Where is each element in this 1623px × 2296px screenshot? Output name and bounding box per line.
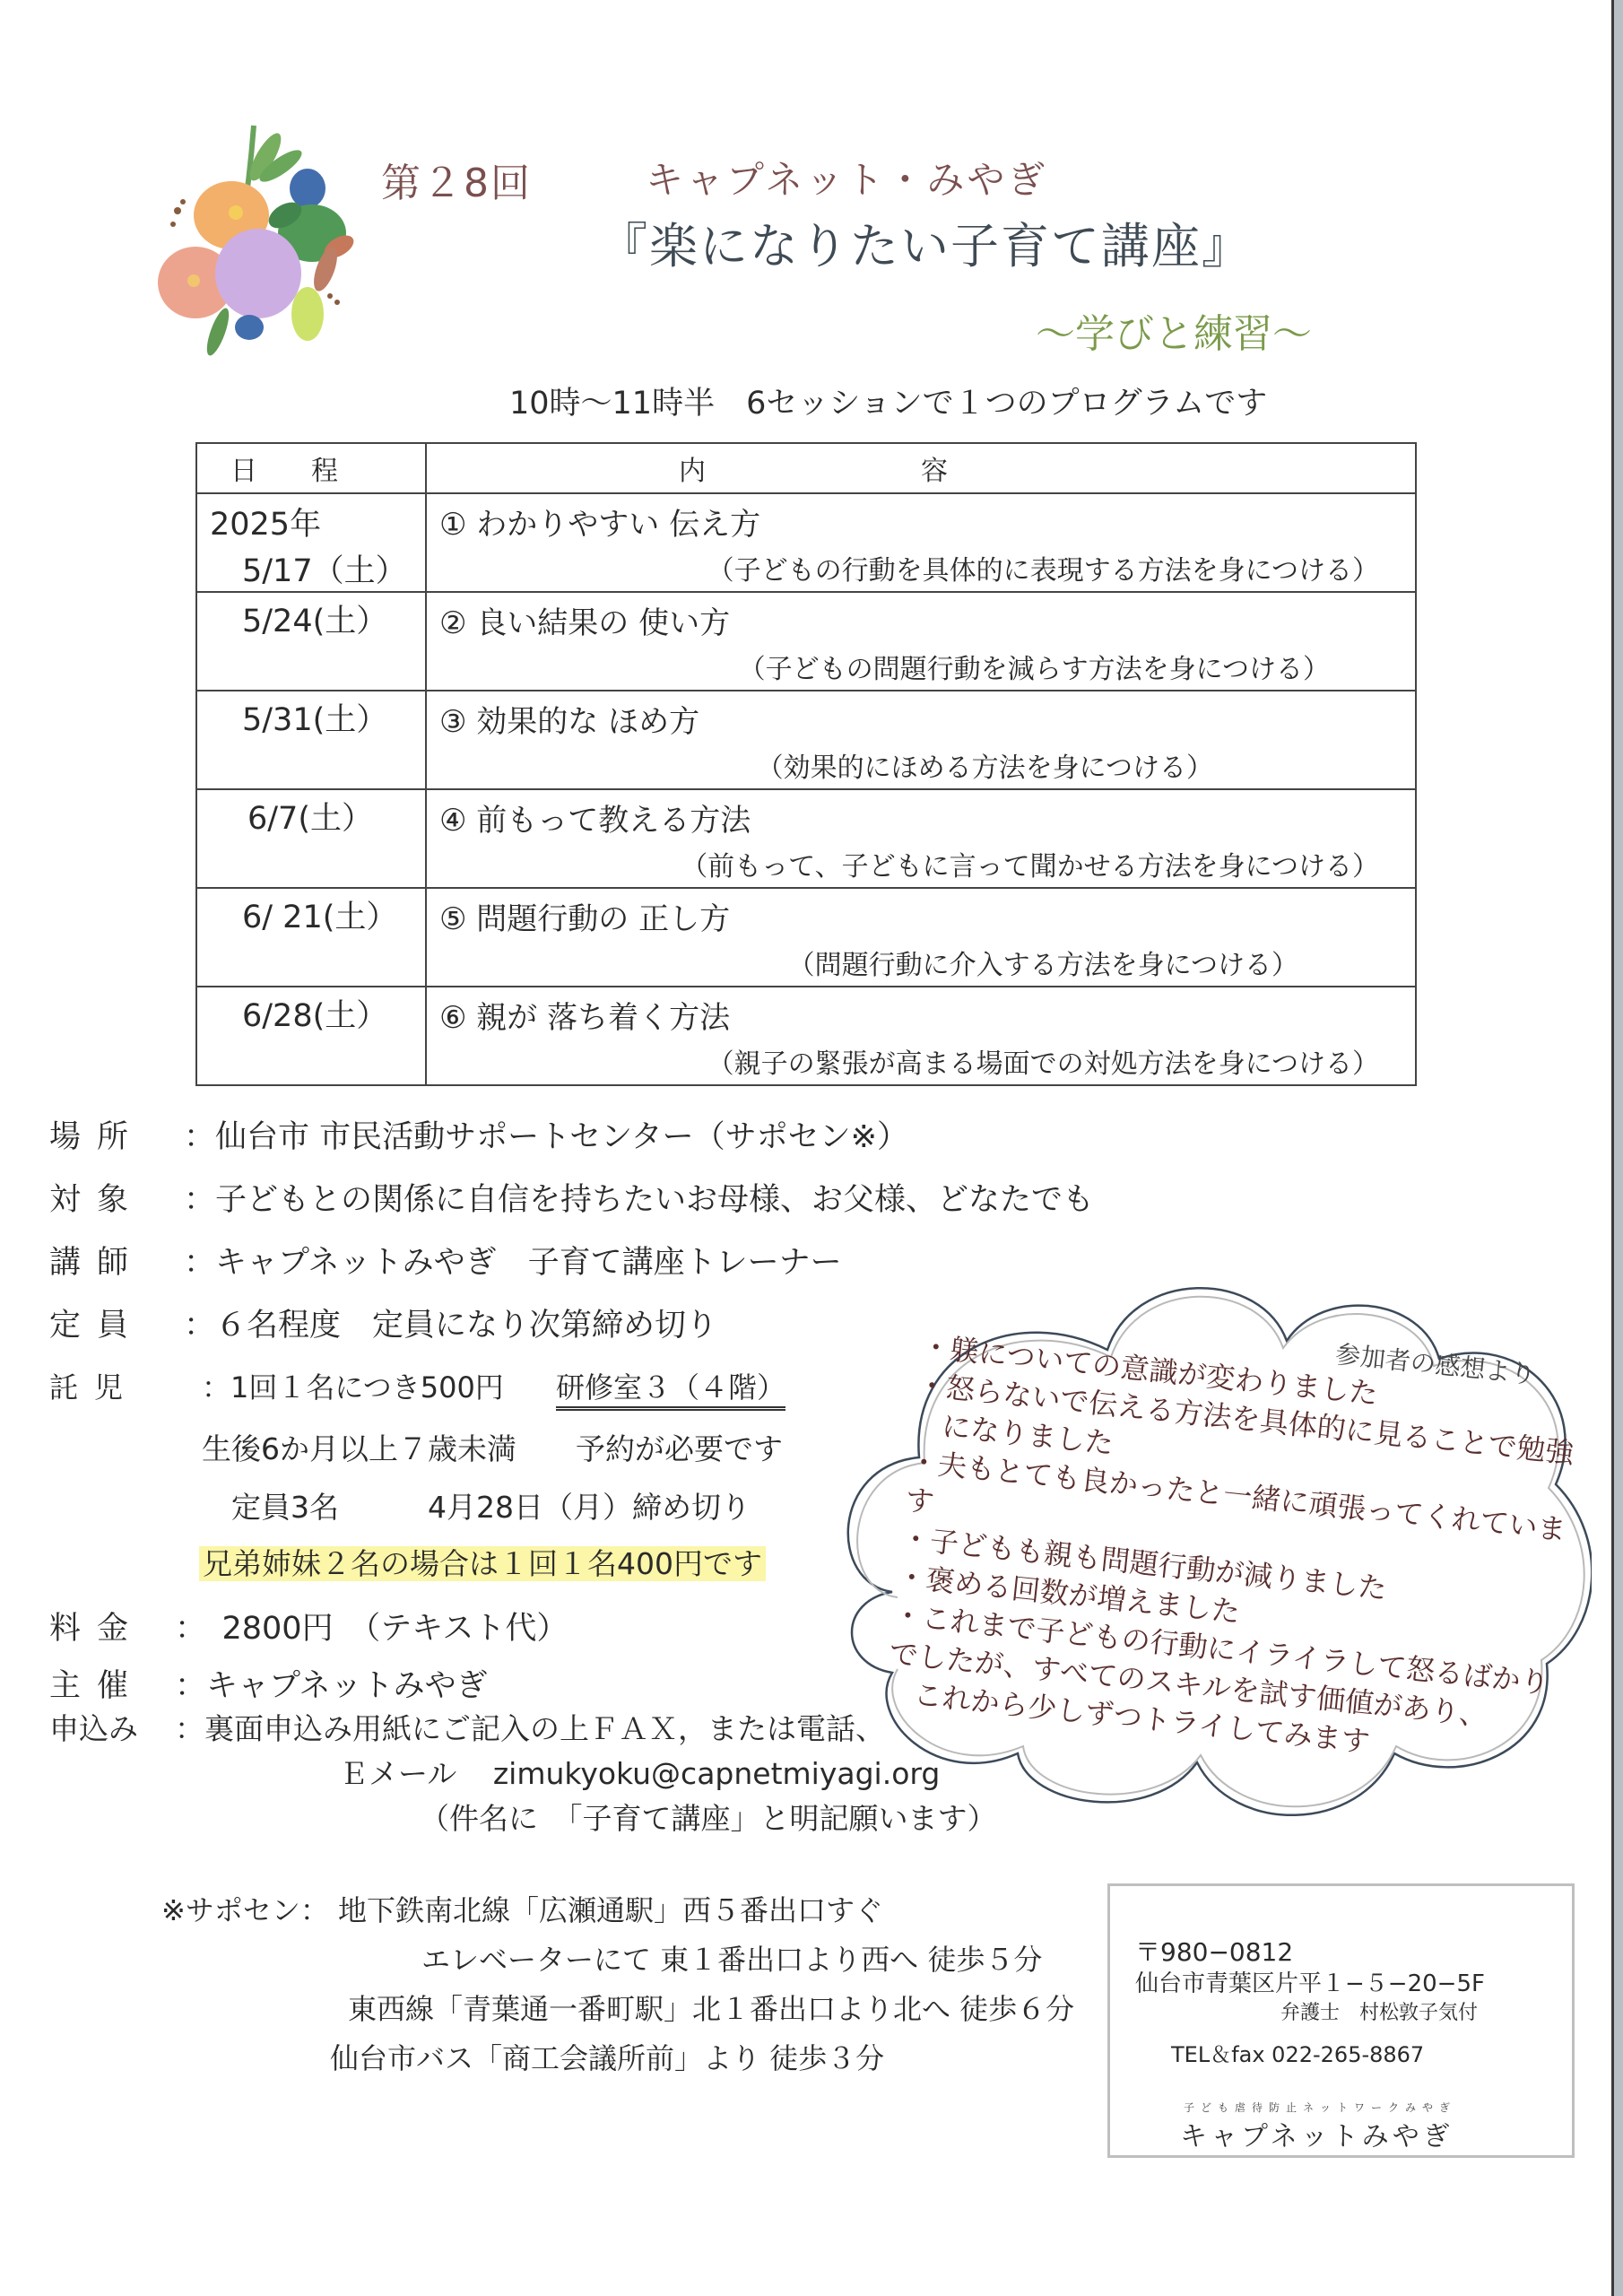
address: 仙台市青葉区片平１−５−20−5F bbox=[1135, 1965, 1485, 1998]
table-row: 6/28(土） ⑥ 親が 落ち着く方法 （親子の緊張が高まる場面での対処方法を身… bbox=[196, 987, 1416, 1085]
year-label: 2025年 bbox=[210, 500, 321, 544]
table-header-row: 日程 内容 bbox=[196, 443, 1416, 493]
childcare-room: 研修室３（４階） bbox=[556, 1370, 785, 1411]
subtitle: ～学びと練習～ bbox=[1036, 301, 1312, 359]
session-title: ④ 前もって教える方法 bbox=[439, 796, 751, 839]
info-place: 場所：仙台市 市民活動サポートセンター（サポセン※） bbox=[49, 1112, 908, 1157]
info-capacity: 定員：６名程度 定員になり次第締め切り bbox=[49, 1300, 717, 1345]
info-childcare: 託児：1回１名につき500円 研修室３（４階） bbox=[49, 1365, 785, 1406]
info-label: 申込み bbox=[49, 1706, 175, 1748]
page-title: 『楽になりたい子育て講座』 bbox=[599, 208, 1252, 277]
organization-title: キャプネット・みやぎ bbox=[646, 151, 1047, 204]
info-host: 主催：キャプネットみやぎ bbox=[49, 1661, 488, 1706]
session-title: ⑤ 問題行動の 正し方 bbox=[439, 894, 730, 938]
session-date: 6/ 21(土） bbox=[242, 892, 397, 937]
info-value: ：裏面申込み用紙にご記入の上ＦＡＸ，または電話、 bbox=[175, 1711, 885, 1746]
info-label: 講師 bbox=[49, 1238, 184, 1283]
info-label: 料金 bbox=[49, 1604, 175, 1648]
date-cell: 5/24(土） bbox=[196, 592, 426, 691]
info-value: ：1回１名につき500円 bbox=[202, 1370, 504, 1405]
content-cell: ③ 効果的な ほめ方 （効果的にほめる方法を身につける） bbox=[426, 691, 1416, 789]
edition-number: 第２8回 bbox=[381, 151, 532, 208]
access-line-2: エレベーターにて 東１番出口より西へ 徒歩５分 bbox=[421, 1937, 1042, 1979]
childcare-age: 生後6か月以上７歳未満 予約が必要です bbox=[202, 1426, 783, 1468]
session-description: （子どもの行動を具体的に表現する方法を身につける） bbox=[707, 548, 1379, 587]
phone-fax: TEL＆fax 022-265-8867 bbox=[1171, 2037, 1424, 2068]
session-title: ⑥ 親が 落ち着く方法 bbox=[439, 993, 730, 1037]
info-label: 託児 bbox=[49, 1365, 202, 1406]
info-value: ：キャプネットみやぎ 子育て講座トレーナー bbox=[184, 1245, 842, 1281]
content-cell: ④ 前もって教える方法 （前もって、子どもに言って聞かせる方法を身につける） bbox=[426, 789, 1416, 888]
info-value: ：子どもとの関係に自信を持ちたいお母様、お父様、どなたでも bbox=[184, 1182, 1094, 1218]
session-description: （親子の緊張が高まる場面での対処方法を身につける） bbox=[707, 1041, 1379, 1081]
session-title: ② 良い結果の 使い方 bbox=[439, 598, 730, 642]
care-of: 弁護士 村松敦子気付 bbox=[1280, 1997, 1478, 2025]
participant-comments: 参加者の感想より ・躾についての意識が変わりました ・怒らないで伝える方法を具体… bbox=[883, 1327, 1601, 1782]
table-row: 6/7(土） ④ 前もって教える方法 （前もって、子どもに言って聞かせる方法を身… bbox=[196, 789, 1416, 888]
session-description: （子どもの問題行動を減らす方法を身につける） bbox=[739, 647, 1330, 686]
info-label: 対象 bbox=[49, 1175, 184, 1220]
sibling-note: 兄弟姉妹２名の場合は１回１名400円です bbox=[199, 1541, 766, 1583]
content-cell: ② 良い結果の 使い方 （子どもの問題行動を減らす方法を身につける） bbox=[426, 592, 1416, 691]
info-value: ：６名程度 定員になり次第締め切り bbox=[184, 1308, 717, 1344]
date-cell: 6/28(土） bbox=[196, 987, 426, 1085]
info-instructor: 講師：キャプネットみやぎ 子育て講座トレーナー bbox=[49, 1238, 842, 1283]
info-apply: 申込み：裏面申込み用紙にご記入の上ＦＡＸ，または電話、 bbox=[49, 1706, 885, 1748]
session-title: ① わかりやすい 伝え方 bbox=[439, 500, 760, 544]
session-date: 5/31(土） bbox=[242, 695, 387, 740]
scan-edge-strip bbox=[1614, 0, 1623, 2296]
access-line-4: 仙台市バス「商工会議所前」より 徒歩３分 bbox=[330, 2036, 884, 2077]
info-value: ：仙台市 市民活動サポートセンター（サポセン※） bbox=[184, 1119, 908, 1155]
access-line-1: ※サポセン： 地下鉄南北線「広瀬通駅」西５番出口すぐ bbox=[161, 1888, 883, 1929]
access-line-3: 東西線「青葉通一番町駅」北１番出口より北へ 徒歩６分 bbox=[348, 1987, 1074, 2028]
info-label: 主催 bbox=[49, 1661, 175, 1706]
table-row: 2025年 5/17（土） ① わかりやすい 伝え方 （子どもの行動を具体的に表… bbox=[196, 493, 1416, 592]
session-description: （効果的にほめる方法を身につける） bbox=[757, 745, 1213, 785]
info-value: ：キャプネットみやぎ bbox=[175, 1668, 488, 1704]
content-cell: ⑥ 親が 落ち着く方法 （親子の緊張が高まる場面での対処方法を身につける） bbox=[426, 987, 1416, 1085]
schedule-note: 10時～11時半 6セッションで１つのプログラムです bbox=[509, 378, 1267, 423]
info-label: 場所 bbox=[49, 1112, 184, 1157]
session-date: 5/24(土） bbox=[242, 596, 387, 641]
org-name: キャプネットみやぎ bbox=[1180, 2114, 1454, 2153]
contact-box: 〒980−0812 仙台市青葉区片平１−５−20−5F 弁護士 村松敦子気付 T… bbox=[1107, 1883, 1575, 2158]
info-label: 定員 bbox=[49, 1300, 184, 1345]
date-cell: 6/ 21(土） bbox=[196, 888, 426, 987]
info-value: ： 2800円 （テキスト代） bbox=[175, 1611, 568, 1647]
content-cell: ① わかりやすい 伝え方 （子どもの行動を具体的に表現する方法を身につける） bbox=[426, 493, 1416, 592]
postal-code: 〒980−0812 bbox=[1135, 1933, 1293, 1969]
table-row: 5/24(土） ② 良い結果の 使い方 （子どもの問題行動を減らす方法を身につけ… bbox=[196, 592, 1416, 691]
session-date: 5/17（土） bbox=[242, 546, 407, 591]
content-cell: ⑤ 問題行動の 正し方 （問題行動に介入する方法を身につける） bbox=[426, 888, 1416, 987]
header-content: 内容 bbox=[426, 443, 1416, 493]
session-title: ③ 効果的な ほめ方 bbox=[439, 697, 699, 741]
date-cell: 2025年 5/17（土） bbox=[196, 493, 426, 592]
date-cell: 6/7(土） bbox=[196, 789, 426, 888]
info-target: 対象：子どもとの関係に自信を持ちたいお母様、お父様、どなたでも bbox=[49, 1175, 1094, 1220]
flower-bouquet-icon bbox=[151, 112, 357, 363]
table-row: 5/31(土） ③ 効果的な ほめ方 （効果的にほめる方法を身につける） bbox=[196, 691, 1416, 789]
sibling-highlight: 兄弟姉妹２名の場合は１回１名400円です bbox=[199, 1546, 766, 1581]
table-row: 6/ 21(土） ⑤ 問題行動の 正し方 （問題行動に介入する方法を身につける） bbox=[196, 888, 1416, 987]
email-label: Ｅメール bbox=[339, 1756, 456, 1791]
childcare-deadline: 定員3名 4月28日（月）締め切り bbox=[231, 1484, 751, 1526]
org-ruby: 子ども虐待防止ネットワークみやぎ bbox=[1184, 2100, 1456, 2115]
session-date: 6/7(土） bbox=[247, 794, 373, 839]
date-cell: 5/31(土） bbox=[196, 691, 426, 789]
session-description: （前もって、子どもに言って聞かせる方法を身につける） bbox=[681, 844, 1379, 883]
session-date: 6/28(土） bbox=[242, 991, 387, 1036]
session-description: （問題行動に介入する方法を身につける） bbox=[788, 943, 1298, 982]
schedule-table: 日程 内容 2025年 5/17（土） ① わかりやすい 伝え方 （子どもの行動… bbox=[195, 442, 1417, 1086]
info-fee: 料金： 2800円 （テキスト代） bbox=[49, 1604, 568, 1648]
header-date: 日程 bbox=[196, 443, 426, 493]
